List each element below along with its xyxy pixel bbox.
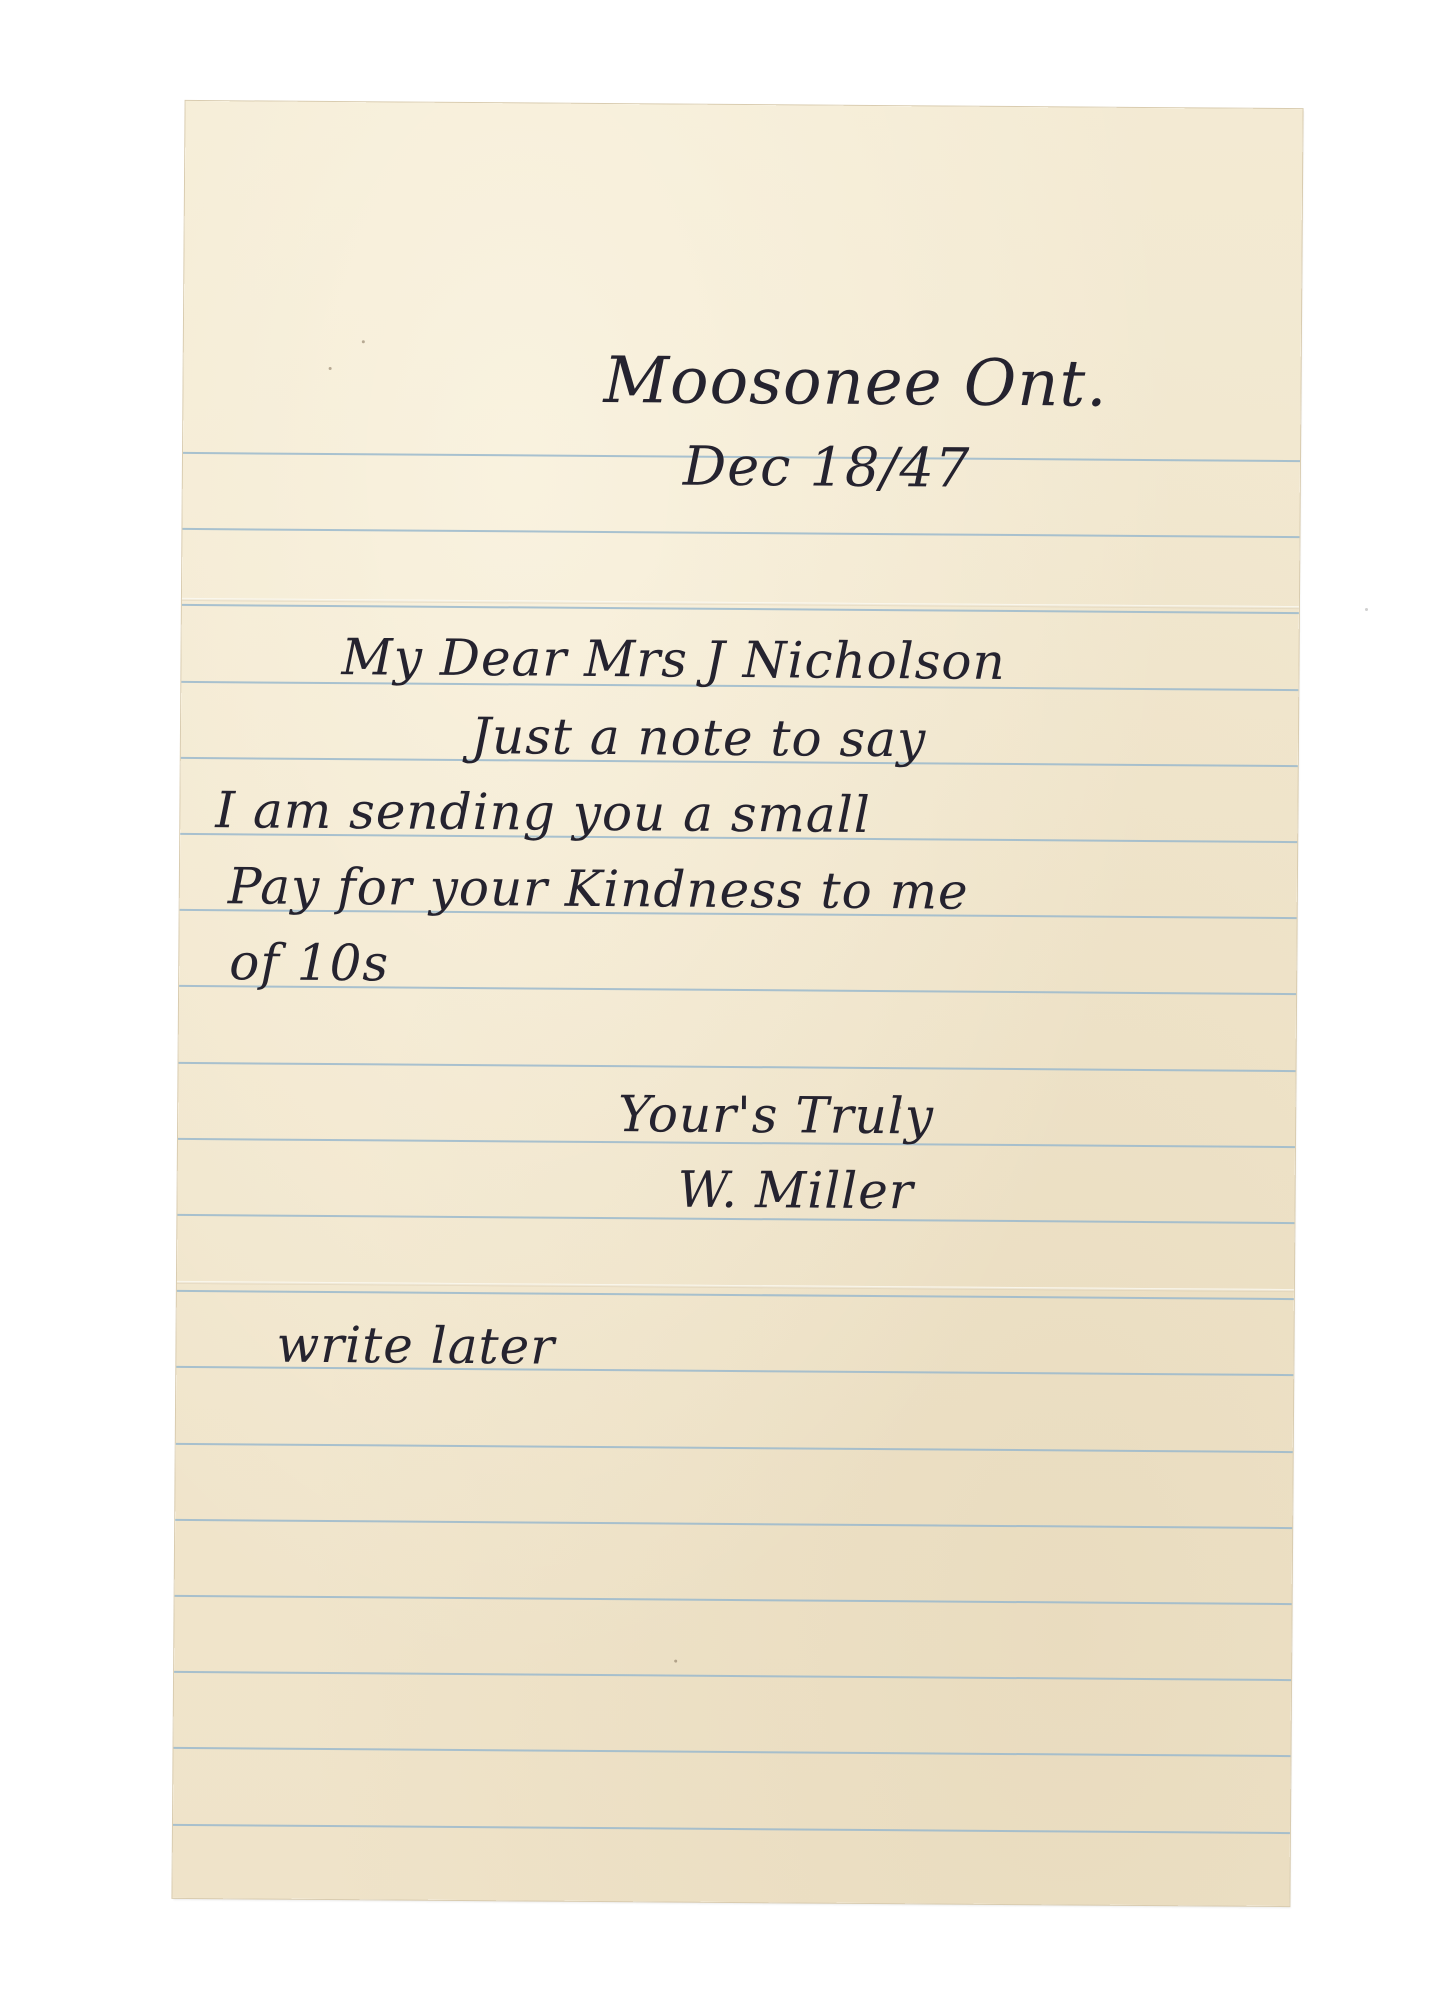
ruled-line xyxy=(182,528,1299,538)
letter-signature: W. Miller xyxy=(677,1165,913,1217)
letter-place: Moosonee Ont. xyxy=(603,349,1107,417)
ruled-line xyxy=(174,1747,1291,1757)
ruled-line xyxy=(176,1442,1293,1452)
paper-speck xyxy=(674,1660,677,1663)
letter-paper: Moosonee Ont. Dec 18/47 My Dear Mrs J Ni… xyxy=(172,101,1302,1906)
ruled-line xyxy=(173,1823,1290,1833)
ruled-line xyxy=(177,1290,1294,1300)
letter-body-line-2: I am sending you a small xyxy=(215,785,871,840)
letter-date: Dec 18/47 xyxy=(683,440,971,496)
ruled-line xyxy=(175,1595,1292,1605)
scan-background: Moosonee Ont. Dec 18/47 My Dear Mrs J Ni… xyxy=(0,0,1454,2000)
paper-speck xyxy=(329,367,332,370)
letter-closing: Your's Truly xyxy=(618,1089,934,1141)
letter-body-line-3: Pay for your Kindness to me xyxy=(228,861,969,916)
ruled-line xyxy=(179,1061,1296,1071)
paper-speck xyxy=(362,340,365,343)
ruled-lines xyxy=(186,101,1303,109)
ruled-line xyxy=(174,1671,1291,1681)
letter-postscript: write later xyxy=(276,1320,555,1372)
letter-salutation: My Dear Mrs J Nicholson xyxy=(341,632,1006,687)
letter-body-line-1: Just a note to say xyxy=(471,711,927,764)
letter-body-line-4: of 10s xyxy=(229,937,389,988)
scan-speck xyxy=(1365,608,1368,611)
ruled-line xyxy=(175,1519,1292,1529)
